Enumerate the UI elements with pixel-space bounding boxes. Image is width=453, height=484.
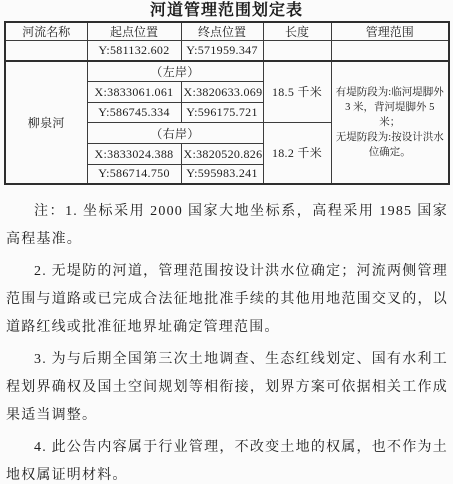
end-y-cell: Y:571959.347 bbox=[181, 41, 263, 61]
header-row: 河流名称 起点位置 终点位置 长度 管理范围 bbox=[5, 22, 449, 41]
right-bank-end-x-cell: X:3820520.826 bbox=[181, 144, 263, 165]
left-bank-label-cell: （左岸） bbox=[87, 61, 263, 82]
note-paragraph-4: 4. 此公告内容属于行业管理，不改变土地的权属，也不作为土地权属证明材料。 bbox=[6, 434, 448, 484]
left-bank-length-cell: 18.5 千米 bbox=[263, 61, 331, 123]
note-paragraph-3: 3. 为与后期全国第三次土地调查、生态红线划定、国有水利工程划界确权及国土空间规… bbox=[6, 346, 448, 430]
note-paragraph-2: 2. 无堤防的河道，管理范围按设计洪水位确定；河流两侧管理范围与道路或已完成合法… bbox=[6, 258, 448, 342]
note-paragraph-1: 注：1. 坐标采用 2000 国家大地坐标系，高程采用 1985 国家高程基准。 bbox=[6, 198, 448, 254]
right-bank-label-cell: （右岸） bbox=[87, 123, 263, 144]
page-title: 河道管理范围划定表 bbox=[0, 2, 453, 19]
left-bank-start-x-cell: X:3833061.061 bbox=[87, 82, 181, 103]
left-bank-start-y-cell: Y:586745.334 bbox=[87, 103, 181, 123]
empty-scope-cell bbox=[331, 41, 449, 61]
left-bank-end-y-cell: Y:596175.721 bbox=[181, 103, 263, 123]
continuation-row: Y:581132.602 Y:571959.347 bbox=[5, 41, 449, 61]
start-y-cell: Y:581132.602 bbox=[87, 41, 181, 61]
col-header-end-position: 终点位置 bbox=[181, 22, 263, 41]
empty-river-name-cell bbox=[5, 41, 87, 61]
right-bank-length-cell: 18.2 千米 bbox=[263, 123, 331, 184]
left-bank-end-x-cell: X:3820633.069 bbox=[181, 82, 263, 103]
col-header-start-position: 起点位置 bbox=[87, 22, 181, 41]
left-bank-label-row: 柳泉河 （左岸） 18.5 千米 有堤防段为:临河堤脚外 3 米，背河堤脚外 5… bbox=[5, 61, 449, 82]
empty-length-cell bbox=[263, 41, 331, 61]
notes-section: 注：1. 坐标采用 2000 国家大地坐标系，高程采用 1985 国家高程基准。… bbox=[6, 198, 448, 484]
right-bank-end-y-cell: Y:595983.241 bbox=[181, 165, 263, 184]
right-bank-start-x-cell: X:3833024.388 bbox=[87, 144, 181, 165]
river-management-table: 河流名称 起点位置 终点位置 长度 管理范围 Y:581132.602 Y:57… bbox=[4, 21, 450, 185]
col-header-length: 长度 bbox=[263, 22, 331, 41]
river-name-cell: 柳泉河 bbox=[5, 61, 87, 184]
col-header-management-scope: 管理范围 bbox=[331, 22, 449, 41]
col-header-river-name: 河流名称 bbox=[5, 22, 87, 41]
document-page: 河道管理范围划定表 河流名称 起点位置 终点位置 长度 管理范围 Y:58113… bbox=[0, 2, 453, 484]
right-bank-start-y-cell: Y:586714.750 bbox=[87, 165, 181, 184]
management-scope-cell: 有堤防段为:临河堤脚外 3 米，背河堤脚外 5 米； 无堤防段为:按设计洪水 位… bbox=[331, 61, 449, 184]
